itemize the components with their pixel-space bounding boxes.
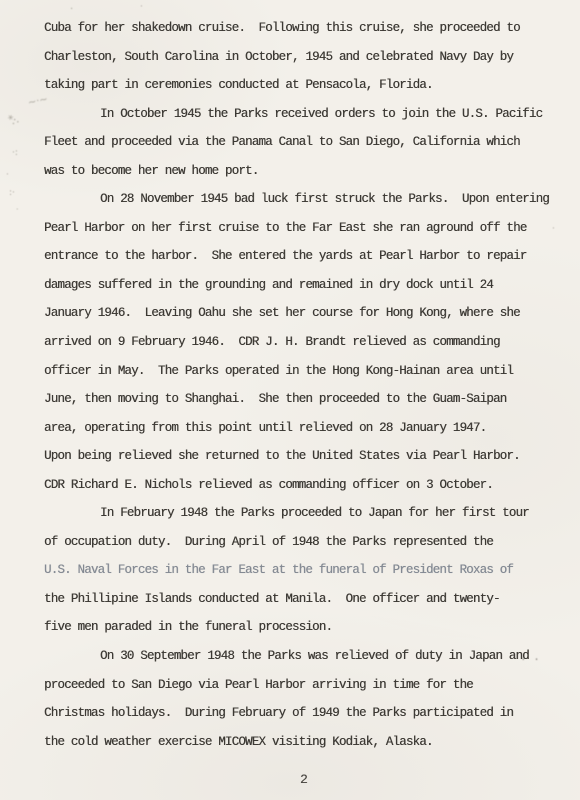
text-line: In October 1945 the Parks received order… [44, 100, 556, 129]
pencil-cluster: *:· [5, 112, 21, 128]
text-line: the cold weather exercise MICOWEX visiti… [44, 728, 556, 757]
text-line: area, operating from this point until re… [44, 414, 556, 443]
text-line: damages suffered in the grounding and re… [44, 271, 556, 300]
text-line: In February 1948 the Parks proceeded to … [44, 499, 556, 528]
text-line: On 28 November 1945 bad luck first struc… [44, 185, 556, 214]
text-line: Cuba for her shakedown cruise. Following… [44, 14, 556, 43]
text-line: Pearl Harbor on her first cruise to the … [44, 214, 556, 243]
pencil-speck: :· [9, 188, 15, 198]
text-line: CDR Richard E. Nichols relieved as comma… [44, 471, 556, 500]
text-line: proceeded to San Diego via Pearl Harbor … [44, 671, 556, 700]
text-line: Christmas holidays. During February of 1… [44, 699, 556, 728]
text-line: Fleet and proceeded via the Panama Canal… [44, 128, 556, 157]
text-line: the Phillipine Islands conducted at Mani… [44, 585, 556, 614]
text-line: Upon being relieved she returned to the … [44, 442, 556, 471]
pencil-speck: · [6, 170, 9, 180]
text-line: On 30 September 1948 the Parks was relie… [44, 642, 556, 671]
text-line-faded: U.S. Naval Forces in the Far East at the… [44, 556, 556, 585]
document-body: Cuba for her shakedown cruise. Following… [44, 14, 556, 756]
text-line: officer in May. The Parks operated in th… [44, 357, 556, 386]
text-line: entrance to the harbor. She entered the … [44, 242, 556, 271]
pencil-speck: · [16, 205, 19, 214]
pencil-speck: ·: [12, 148, 18, 158]
text-line: arrived on 9 February 1946. CDR J. H. Br… [44, 328, 556, 357]
text-line: Charleston, South Carolina in October, 1… [44, 43, 556, 72]
document-page: Cuba for her shakedown cruise. Following… [0, 0, 580, 800]
text-line: June, then moving to Shanghai. She then … [44, 385, 556, 414]
text-line: five men paraded in the funeral processi… [44, 613, 556, 642]
text-line: of occupation duty. During April of 1948… [44, 528, 556, 557]
text-line: taking part in ceremonies conducted at P… [44, 71, 556, 100]
text-line: January 1946. Leaving Oahu she set her c… [44, 299, 556, 328]
ink-speck: · [140, 2, 143, 12]
text-line: was to become her new home port. [44, 157, 556, 186]
page-number: 2 [300, 772, 307, 787]
